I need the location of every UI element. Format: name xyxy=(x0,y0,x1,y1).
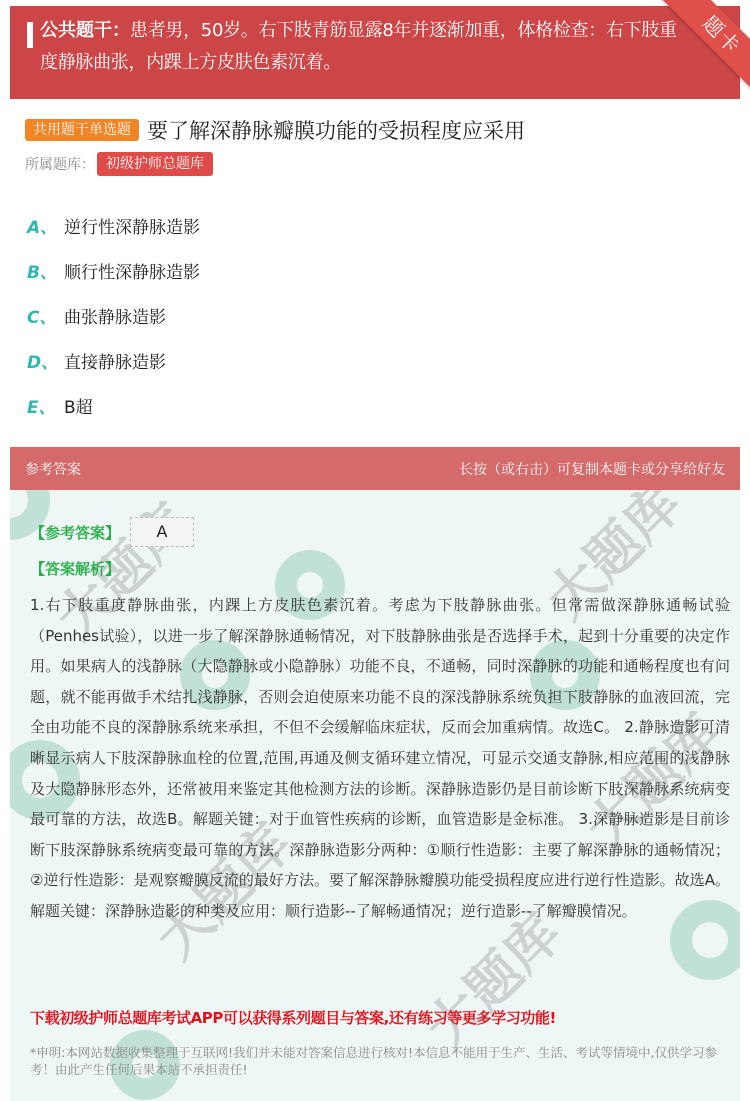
shared-stem-panel: 公共题干：患者男，50岁。右下肢青筋显露8年并逐渐加重，体格检查：右下肢重度静脉… xyxy=(10,6,740,99)
stem-accent-bar xyxy=(27,22,33,48)
question-bank-row: 所属题库： 初级护师总题库 xyxy=(25,152,213,176)
option-letter: D、 xyxy=(27,348,64,373)
stem-label: 公共题干： xyxy=(40,20,130,41)
option-letter: E、 xyxy=(27,393,64,418)
option-letter: C、 xyxy=(27,303,64,328)
reference-answer-image: A xyxy=(130,517,194,547)
question-header: 共用题干单选题 要了解深静脉瓣膜功能的受损程度应采用 xyxy=(25,115,525,145)
disclaimer-text: *申明:本网站数据收集整理于互联网!我们并未能对答案信息进行核对!本信息不能用于… xyxy=(30,1044,730,1078)
answer-header-title: 参考答案 xyxy=(25,459,81,479)
option-text: 逆行性深静脉造影 xyxy=(64,213,200,238)
option-text: 直接静脉造影 xyxy=(64,348,166,373)
stem-text: 患者男，50岁。右下肢青筋显露8年并逐渐加重，体格检查：右下肢重度静脉曲张，内踝… xyxy=(40,20,677,73)
option-letter: A、 xyxy=(27,213,64,238)
option-b[interactable]: B、 顺行性深静脉造影 xyxy=(27,248,200,293)
reference-answer-row: 【参考答案】 A xyxy=(30,517,194,547)
bank-label: 所属题库： xyxy=(25,154,95,174)
analysis-text: 1.右下肢重度静脉曲张，内踝上方皮肤色素沉着。考虑为下肢静脉曲张。但常需做深静脉… xyxy=(30,590,730,927)
analysis-label: 【答案解析】 xyxy=(30,558,120,579)
reference-answer-label: 【参考答案】 xyxy=(30,522,120,543)
option-c[interactable]: C、 曲张静脉造影 xyxy=(27,293,200,338)
answer-header-bar: 参考答案 长按（或右击）可复制本题卡或分享给好友 xyxy=(10,447,740,490)
option-text: 顺行性深静脉造影 xyxy=(64,258,200,283)
bank-tag-link[interactable]: 初级护师总题库 xyxy=(97,152,213,176)
question-title: 要了解深静脉瓣膜功能的受损程度应采用 xyxy=(147,115,525,145)
option-d[interactable]: D、 直接静脉造影 xyxy=(27,338,200,383)
share-hint: 长按（或右击）可复制本题卡或分享给好友 xyxy=(459,459,725,479)
ribbon-label: 题卡 xyxy=(660,0,750,97)
options-list: A、 逆行性深静脉造影 B、 顺行性深静脉造影 C、 曲张静脉造影 D、 直接静… xyxy=(27,203,200,428)
question-type-badge: 共用题干单选题 xyxy=(25,119,139,141)
option-text: B超 xyxy=(64,393,93,418)
answer-body: 大题库 大题库 大题库 大题库 大题库 【参考答案】 A 【答案解析】 1.右下… xyxy=(10,490,740,1101)
corner-ribbon: 题卡 xyxy=(650,0,750,100)
app-download-promo[interactable]: 下载初级护师总题库考试APP可以获得系列题目与答案,还有练习等更多学习功能! xyxy=(30,1007,730,1028)
option-letter: B、 xyxy=(27,258,64,283)
option-e[interactable]: E、 B超 xyxy=(27,383,200,428)
option-text: 曲张静脉造影 xyxy=(64,303,166,328)
option-a[interactable]: A、 逆行性深静脉造影 xyxy=(27,203,200,248)
